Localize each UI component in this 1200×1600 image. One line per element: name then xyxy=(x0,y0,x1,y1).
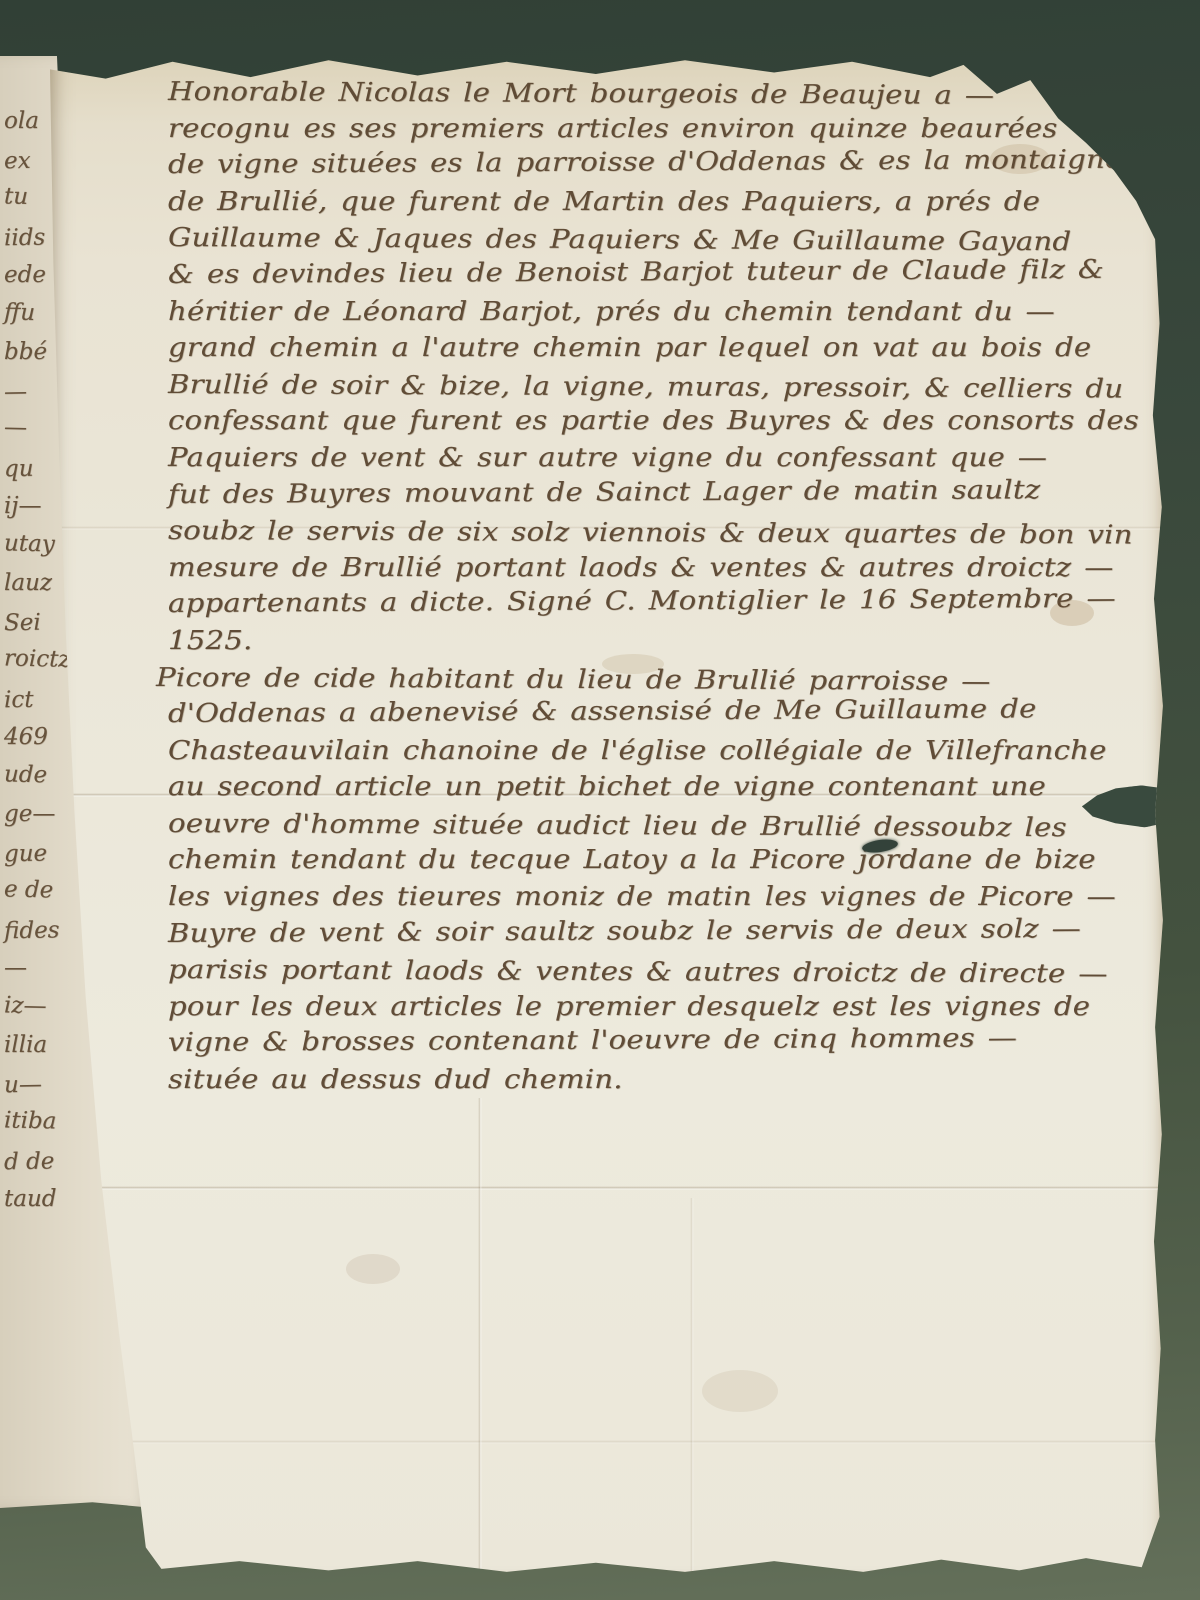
paper-stain xyxy=(702,1370,778,1412)
manuscript-line: parisis portant laods & ventes & autres … xyxy=(168,952,1176,993)
manuscript-line: de Brullié, que furent de Martin des Paq… xyxy=(168,184,1176,221)
paper-stain xyxy=(346,1254,400,1284)
manuscript-line: 1525. xyxy=(168,623,1176,660)
manuscript-line: oeuvre d'homme située audict lieu de Bru… xyxy=(168,806,1176,847)
manuscript-line: confessant que furent es partie des Buyr… xyxy=(168,403,1176,440)
manuscript-line: & es devindes lieu de Benoist Barjot tut… xyxy=(168,251,1176,293)
manuscript-line: vigne & brosses contenant l'oeuvre de ci… xyxy=(168,1020,1176,1062)
manuscript-line: Chasteauvilain chanoine de l'église coll… xyxy=(168,733,1176,770)
manuscript-line: fut des Buyres mouvant de Sainct Lager d… xyxy=(168,471,1176,513)
manuscript-line: située au dessus dud chemin. xyxy=(168,1062,1176,1099)
manuscript-line: héritier de Léonard Barjot, prés du chem… xyxy=(168,294,1176,331)
manuscript-text: Honorable Nicolas le Mort bourgeois de B… xyxy=(168,74,1068,1099)
manuscript-line: Brullié de soir & bize, la vigne, muras,… xyxy=(168,367,1176,408)
fold-crease-vertical xyxy=(690,1198,694,1578)
photo-background: olaextuiidsedeffubbé——quij—utaylauzSeiro… xyxy=(0,0,1200,1600)
manuscript-line: les vignes des tieures moniz de matin le… xyxy=(168,879,1176,916)
manuscript-line: Paquiers de vent & sur autre vigne du co… xyxy=(168,440,1176,477)
fold-crease-horizontal xyxy=(50,1440,1164,1444)
manuscript-line: chemin tendant du tecque Latoy a la Pico… xyxy=(168,842,1176,879)
manuscript-line: Buyre de vent & soir saultz soubz le ser… xyxy=(168,910,1176,952)
manuscript-line: d'Oddenas a abenevisé & assensisé de Me … xyxy=(168,691,1176,733)
fold-crease-horizontal xyxy=(50,1186,1164,1190)
manuscript-page: Honorable Nicolas le Mort bourgeois de B… xyxy=(50,48,1164,1578)
manuscript-line: Honorable Nicolas le Mort bourgeois de B… xyxy=(168,74,1176,115)
manuscript-line: soubz le servis de six solz viennois & d… xyxy=(168,513,1176,554)
manuscript-line: appartenants a dicte. Signé C. Montiglie… xyxy=(168,581,1176,623)
manuscript-line: grand chemin a l'autre chemin par lequel… xyxy=(168,330,1176,367)
fold-crease-vertical xyxy=(478,1098,482,1578)
manuscript-line: au second article un petit bichet de vig… xyxy=(168,769,1176,806)
manuscript-line: de vigne situées es la parroisse d'Odden… xyxy=(168,142,1176,184)
